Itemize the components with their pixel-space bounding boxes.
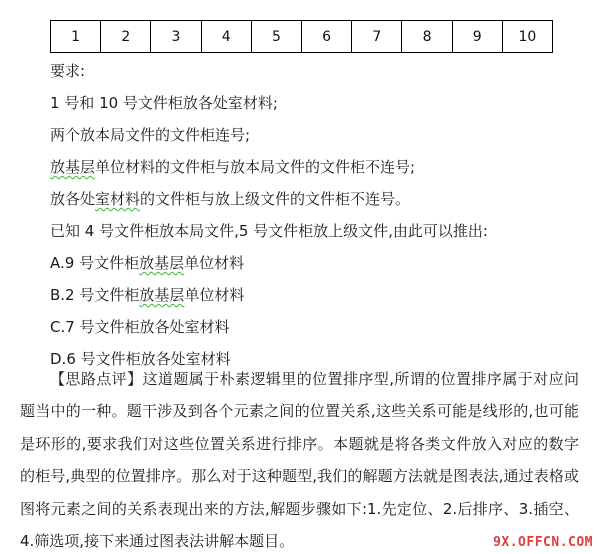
option-text: A.9 号文件柜 <box>50 254 139 272</box>
document-page: 1 2 3 4 5 6 7 8 9 10 要求: 1 号和 10 号文件柜放各处… <box>0 0 598 554</box>
spellcheck-underlined-text: 室材料 <box>95 190 140 208</box>
option-a: A.9 号文件柜放基层单位材料 <box>50 247 580 279</box>
option-text: 单位材料 <box>184 254 244 272</box>
question-block: 要求: 1 号和 10 号文件柜放各处室材料; 两个放本局文件的文件柜连号; 放… <box>50 55 580 375</box>
site-watermark: 9X.OFFCN.COM <box>493 535 593 550</box>
requirements-label: 要求: <box>50 55 580 87</box>
spellcheck-underlined-text: 放基层 <box>139 286 184 304</box>
table-cell: 1 <box>51 21 101 52</box>
known-facts-line: 已知 4 号文件柜放本局文件,5 号文件柜放上级文件,由此可以推出: <box>50 215 580 247</box>
table-cell: 4 <box>202 21 252 52</box>
option-text: B.2 号文件柜 <box>50 286 139 304</box>
condition-text: 两个放本局文件的文件柜连号; <box>50 126 250 144</box>
table-cell: 2 <box>101 21 151 52</box>
table-cell: 3 <box>151 21 201 52</box>
option-text: 单位材料 <box>184 286 244 304</box>
condition-line: 1 号和 10 号文件柜放各处室材料; <box>50 87 580 119</box>
table-cell: 6 <box>302 21 352 52</box>
option-text: C.7 号文件柜放各处室材料 <box>50 318 230 336</box>
table-cell: 10 <box>503 21 552 52</box>
spellcheck-underlined-text: 放基层 <box>50 158 95 176</box>
condition-line: 两个放本局文件的文件柜连号; <box>50 119 580 151</box>
cabinet-number-table: 1 2 3 4 5 6 7 8 9 10 <box>50 20 553 53</box>
spellcheck-underlined-text: 放基层 <box>139 254 184 272</box>
condition-text: 单位材料的文件柜与放本局文件的文件柜不连号; <box>95 158 415 176</box>
table-cell: 8 <box>402 21 452 52</box>
condition-text: 的文件柜与放上级文件的文件柜不连号。 <box>140 190 410 208</box>
analysis-paragraph: 【思路点评】这道题属于朴素逻辑里的位置排序型,所谓的位置排序属于对应问题当中的一… <box>20 363 579 554</box>
table-cell: 5 <box>252 21 302 52</box>
option-c: C.7 号文件柜放各处室材料 <box>50 311 580 343</box>
condition-text: 1 号和 10 号文件柜放各处室材料; <box>50 94 278 112</box>
option-b: B.2 号文件柜放基层单位材料 <box>50 279 580 311</box>
condition-line: 放基层单位材料的文件柜与放本局文件的文件柜不连号; <box>50 151 580 183</box>
table-cell: 7 <box>352 21 402 52</box>
condition-text: 放各处 <box>50 190 95 208</box>
table-cell: 9 <box>453 21 503 52</box>
condition-line: 放各处室材料的文件柜与放上级文件的文件柜不连号。 <box>50 183 580 215</box>
